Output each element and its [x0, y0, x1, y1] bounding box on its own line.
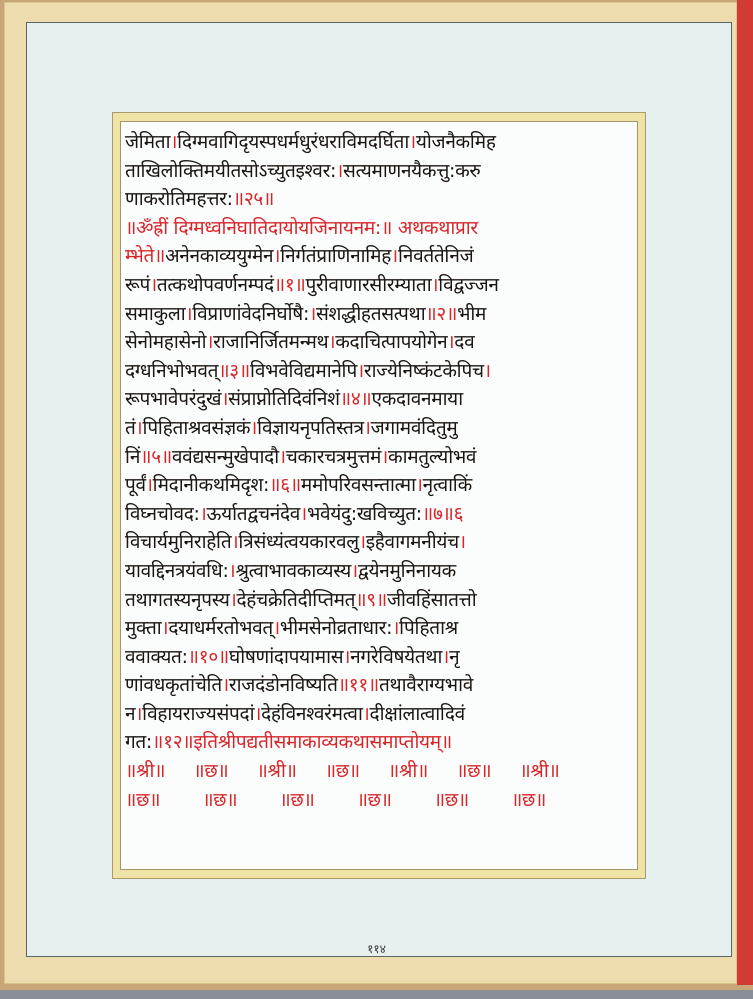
- text-line: रूपं।तत्कथोपवर्णनम्पदं॥१॥पुरीवाणारसीरम्य…: [125, 271, 633, 300]
- rubric-text: ।: [222, 674, 229, 696]
- text-panel: जेमिता।दिग्मवागिदृयस्पधर्मधुरंधराविमदर्घ…: [120, 121, 638, 870]
- text-line: न।विहायराज्यसंपदां।देहंविनश्वरंमत्वा।दीक…: [125, 700, 633, 729]
- ink-text: कामतुल्योभवं: [388, 446, 476, 468]
- ink-text: सेनोमहासेनो: [125, 331, 206, 353]
- ornament-mark: ॥छ॥: [125, 786, 160, 815]
- rubric-text: ।: [351, 560, 358, 582]
- ink-text: निवर्ततेनिजं: [398, 245, 473, 267]
- ink-text: विज्ञायनृपतिस्तत्र: [257, 417, 364, 439]
- ink-text: दग्धनिभोभवत्: [125, 360, 218, 382]
- text-line: सेनोमहासेनो।राजानिर्जितमन्मथ।कदाचित्पापय…: [125, 328, 633, 357]
- text-line: गत:॥१२॥इतिश्रीपद्यतीसमाकाव्यकथासमाप्तोयम…: [125, 728, 633, 757]
- text-line: निं॥५॥ववंद्यसन्मुखेपादौ।चकारचत्रमुत्तमं।…: [125, 443, 633, 472]
- colophon-ornament-row: ॥श्री॥॥छ॥॥श्री॥॥छ॥॥श्री॥॥छ॥॥श्री॥: [125, 757, 633, 786]
- rubric-text: म्भेते॥: [125, 245, 165, 267]
- ink-text: तथावैराग्यभावे: [379, 674, 473, 696]
- ink-text: न: [125, 703, 135, 725]
- ink-text: देहंचक्रेतिदीप्तिमत्: [237, 589, 356, 611]
- rubric-text: ।: [364, 417, 371, 439]
- text-line: णाकरोतिमहत्तर:॥२५॥: [125, 185, 633, 214]
- ink-text: जीवहिंसातत्तो: [387, 589, 476, 611]
- ink-text: मिदानीकथमिदृश:: [153, 474, 270, 496]
- rubric-text: ।: [409, 131, 416, 153]
- rubric-text: ।: [300, 503, 307, 525]
- ink-text: जेमिता: [125, 131, 170, 153]
- ink-text: तं: [125, 417, 136, 439]
- ornament-mark: ॥श्री॥: [519, 757, 559, 786]
- rubric-text: ॥२५॥: [233, 188, 274, 210]
- rubric-text: ॥४॥: [340, 388, 372, 410]
- page-number: ११४: [0, 940, 753, 957]
- rubric-text: ।: [230, 589, 237, 611]
- ink-text: राज्येनिष्कंटकेपिच: [364, 360, 484, 382]
- text-line: मुक्ता।दयाधर्मरतोभवत्।भीमसेनोव्रताधार:।प…: [125, 614, 633, 643]
- ink-text: कदाचित्पापयोगेन: [335, 331, 447, 353]
- ink-text: भीमसेनोव्रताधार:: [280, 617, 392, 639]
- rubric-text: ।: [381, 446, 388, 468]
- ink-text: नगरेविषयेतथा: [350, 646, 442, 668]
- ink-text: ववंद्यसन्मुखेपादौ: [172, 446, 279, 468]
- ink-text: यावद्दिनत्रयंवधि:: [125, 560, 229, 582]
- rubric-text: ॥६॥: [269, 474, 301, 496]
- ink-text: चकारचत्रमुत्तमं: [286, 446, 381, 468]
- text-line: विचार्यमुनिराहेति।त्रिसंध्यंत्वयकारवलु।इ…: [125, 528, 633, 557]
- rubric-text: ।: [309, 303, 316, 325]
- ink-text: संशद्धीहतसत्पथा: [316, 303, 425, 325]
- rubric-text: ।: [150, 274, 157, 296]
- ink-text: भवेयंदु:खविच्युत:: [307, 503, 422, 525]
- rubric-text: ।: [279, 446, 286, 468]
- text-line: रूपभावेपरंदुखं।संप्राप्नोतिदिवंनिशं॥४॥एक…: [125, 385, 633, 414]
- rubric-text: ॥१२॥इतिश्रीपद्यतीसमाकाव्यकथासमाप्तोयम्॥: [152, 731, 452, 753]
- ornament-mark: ॥छ॥: [511, 786, 546, 815]
- rubric-text: ।: [391, 245, 398, 267]
- ink-text: देहंविनश्वरंमत्वा: [261, 703, 363, 725]
- rubric-text: ।: [459, 531, 466, 553]
- ink-text: सत्यमाणनयैकत्तु:करु: [343, 160, 480, 182]
- ink-text: पूर्वं: [125, 474, 146, 496]
- rubric-text: ।: [357, 360, 364, 382]
- ink-text: णांवधकृतांचेति: [125, 674, 222, 696]
- rubric-text: ।: [336, 160, 343, 182]
- rubric-text: ॥११॥: [338, 674, 379, 696]
- ink-text: मुक्ता: [125, 617, 161, 639]
- ink-text: दव: [454, 331, 474, 353]
- ink-text: अनेनकाव्ययुग्मेन: [165, 245, 273, 267]
- rubric-text: ॥१०॥: [188, 646, 229, 668]
- ornament-mark: ॥छ॥: [279, 786, 314, 815]
- ink-text: निर्गतंप्राणिनामिह: [280, 245, 391, 267]
- ink-text: नृत्वाकिं: [423, 474, 472, 496]
- ink-text: ममोपरिवसन्तात्मा: [301, 474, 416, 496]
- ink-text: ववाक्यत:: [125, 646, 188, 668]
- ink-text: निं: [125, 446, 140, 468]
- ink-text: विघ्नचोवद:: [125, 503, 200, 525]
- ink-text: नृ: [449, 646, 459, 668]
- text-line: यावद्दिनत्रयंवधि:।श्रुत्वाभावकाव्यस्य।द्…: [125, 557, 633, 586]
- ink-text: रूपभावेपरंदुखं: [125, 388, 221, 410]
- text-line: णांवधकृतांचेति।राजदंडोनविष्यति॥११॥तथावैर…: [125, 671, 633, 700]
- rubric-text: ॥१॥: [274, 274, 306, 296]
- ink-text: एकदावनमाया: [371, 388, 462, 410]
- text-line: विघ्नचोवद:।ऊर्यातद्वचनंदेव।भवेयंदु:खविच्…: [125, 500, 633, 529]
- red-cover-edge: [737, 0, 753, 985]
- rubric-text: ॥५॥: [140, 446, 172, 468]
- ink-text: समाकुला: [125, 303, 185, 325]
- ink-text: विप्राणांवेदनिर्घोषै:: [192, 303, 309, 325]
- ink-text: पुरीवाणारसीरम्याता: [306, 274, 432, 296]
- ink-text: श्रुत्वाभावकाव्यस्य: [235, 560, 351, 582]
- ink-text: राजानिर्जितमन्मथ: [213, 331, 328, 353]
- ink-text: पिहिताश्रवसंज्ञकं: [142, 417, 250, 439]
- ink-text: दीक्षांलात्वादिवं: [370, 703, 465, 725]
- rubric-text: ।: [200, 503, 207, 525]
- ink-text: पिहिताश्र: [399, 617, 458, 639]
- ornament-mark: ॥श्री॥: [125, 757, 165, 786]
- colophon-ornament-row: ॥छ॥॥छ॥॥छ॥॥छ॥॥छ॥॥छ॥: [125, 786, 633, 815]
- ink-text: रूपं: [125, 274, 150, 296]
- rubric-text: ।: [146, 474, 153, 496]
- ornament-mark: ॥छ॥: [456, 757, 491, 786]
- text-line: ताखिलोक्तिमयीतसोऽच्युतइश्वर:।सत्यमाणनयैक…: [125, 157, 633, 186]
- rubric-text: ॥९॥: [355, 589, 387, 611]
- rubric-text: ।: [359, 531, 366, 553]
- ink-text: द्वयेनमुनिनायक: [358, 560, 456, 582]
- ink-text: विहायराज्यसंपदां: [142, 703, 254, 725]
- rubric-text: ॥ॐह्रीं दिग्मध्वनिघातिदायोयजिनायनम:॥ अथक…: [125, 217, 478, 239]
- rubric-text: ।: [363, 703, 370, 725]
- ornament-mark: ॥छ॥: [193, 757, 228, 786]
- manuscript-text: जेमिता।दिग्मवागिदृयस्पधर्मधुरंधराविमदर्घ…: [125, 128, 633, 814]
- ink-text: राजदंडोनविष्यति: [229, 674, 338, 696]
- rubric-text: ॥३॥: [218, 360, 250, 382]
- ink-text: विभवेविद्यमानेपि: [250, 360, 357, 382]
- ink-text: इहैवागमनीयंच: [366, 531, 459, 553]
- ink-text: णाकरोतिमहत्तर:: [125, 188, 233, 210]
- ink-text: भीम: [457, 303, 486, 325]
- ink-text: ताखिलोक्तिमयीतसोऽच्युतइश्वर:: [125, 160, 336, 182]
- ink-text: तथागतस्यनृपस्य: [125, 589, 230, 611]
- text-line: समाकुला।विप्राणांवेदनिर्घोषै:।संशद्धीहतस…: [125, 300, 633, 329]
- ink-text: ऊर्यातद्वचनंदेव: [207, 503, 300, 525]
- text-line: दग्धनिभोभवत्॥३॥विभवेविद्यमानेपि।राज्येनि…: [125, 357, 633, 386]
- ornament-mark: ॥छ॥: [202, 786, 237, 815]
- ink-text: त्रिसंध्यंत्वयकारवलु: [238, 531, 358, 553]
- ornament-mark: ॥श्री॥: [256, 757, 296, 786]
- rubric-text: ।: [273, 617, 280, 639]
- ink-text: योजनैकमिह: [416, 131, 496, 153]
- text-line: तथागतस्यनृपस्य।देहंचक्रेतिदीप्तिमत्॥९॥जी…: [125, 586, 633, 615]
- rubric-text: ॥७॥६: [422, 503, 463, 525]
- ink-text: तत्कथोपवर्णनम्पदं: [157, 274, 274, 296]
- ink-text: जगामवंदितुमु: [371, 417, 458, 439]
- text-line: जेमिता।दिग्मवागिदृयस्पधर्मधुरंधराविमदर्घ…: [125, 128, 633, 157]
- rubric-text: ॥२॥: [425, 303, 457, 325]
- rubric-text: ।: [484, 360, 491, 382]
- ink-text: दिग्मवागिदृयस्पधर्मधुरंधराविमदर्घिता: [177, 131, 409, 153]
- ink-text: संप्राप्नोतिदिवंनिशं: [228, 388, 340, 410]
- rubric-text: ।: [416, 474, 423, 496]
- ink-text: विचार्यमुनिराहेति: [125, 531, 231, 553]
- text-panel-frame: जेमिता।दिग्मवागिदृयस्पधर्मधुरंधराविमदर्घ…: [112, 112, 646, 879]
- text-line: म्भेते॥अनेनकाव्ययुग्मेन।निर्गतंप्राणिनाम…: [125, 242, 633, 271]
- ornament-mark: ॥छ॥: [325, 757, 360, 786]
- ornament-mark: ॥छ॥: [357, 786, 392, 815]
- ornament-mark: ॥श्री॥: [388, 757, 428, 786]
- text-line: ववाक्यत:॥१०॥घोषणांदापयामास।नगरेविषयेतथा।…: [125, 643, 633, 672]
- ink-text: दयाधर्मरतोभवत्: [168, 617, 273, 639]
- text-line: तं।पिहिताश्रवसंज्ञकं।विज्ञायनृपतिस्तत्र।…: [125, 414, 633, 443]
- ink-text: घोषणांदापयामास: [229, 646, 343, 668]
- ink-text: विद्वज्जन: [438, 274, 498, 296]
- ink-text: गत:: [125, 731, 152, 753]
- text-line: पूर्वं।मिदानीकथमिदृश:॥६॥ममोपरिवसन्तात्मा…: [125, 471, 633, 500]
- text-line: ॥ॐह्रीं दिग्मध्वनिघातिदायोयजिनायनम:॥ अथक…: [125, 214, 633, 243]
- ornament-mark: ॥छ॥: [434, 786, 469, 815]
